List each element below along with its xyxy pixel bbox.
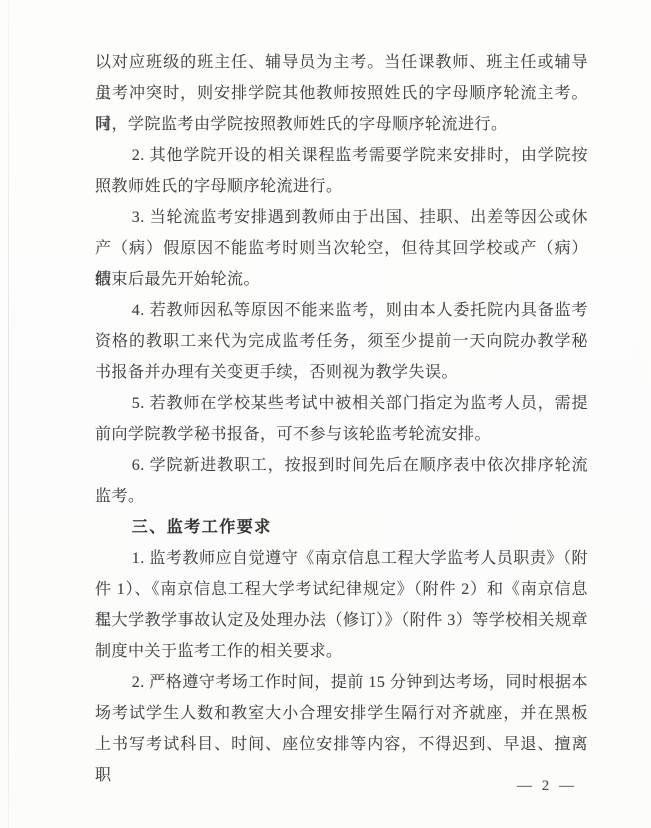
document-page: 以对应班级的班主任、辅导员为主考。当任课教师、班主任或辅导员 主考冲突时，则安排… bbox=[0, 0, 651, 828]
document-text-line: 主考冲突时，则安排学院其他教师按照姓氏的字母顺序轮流主考。同 bbox=[95, 78, 588, 109]
page-number: — 2 — bbox=[517, 771, 577, 802]
document-text-line: 场考试学生人数和教室大小合理安排学生隔行对齐就座，并在黑板 bbox=[95, 698, 588, 729]
document-text-line: 6. 学院新进教职工，按报到时间先后在顺序表中依次排序轮流 bbox=[95, 450, 588, 481]
document-text-line: 上书写考试科目、时间、座位安排等内容，不得迟到、早退、擅离职 bbox=[95, 729, 588, 760]
document-text-line: 2. 其他学院开设的相关课程监考需要学院来安排时，由学院按 bbox=[95, 140, 588, 171]
document-text-line: 以对应班级的班主任、辅导员为主考。当任课教师、班主任或辅导员 bbox=[95, 47, 588, 78]
document-text-line: 结束后最先开始轮流。 bbox=[95, 264, 588, 295]
document-text-line: 时，学院监考由学院按照教师姓氏的字母顺序轮流进行。 bbox=[95, 109, 588, 140]
document-text-line: 2. 严格遵守考场工作时间，提前 15 分钟到达考场，同时根据本 bbox=[95, 667, 588, 698]
document-text-line: 监考。 bbox=[95, 481, 588, 512]
document-text-line: 3. 当轮流监考安排遇到教师由于出国、挂职、出差等因公或休 bbox=[95, 202, 588, 233]
document-text-line: 程大学教学事故认定及处理办法（修订）》（附件 3）等学校相关规章 bbox=[95, 605, 588, 636]
document-text-line: 5. 若教师在学校某些考试中被相关部门指定为监考人员，需提 bbox=[95, 388, 588, 419]
document-text-line: 前向学院教学秘书报备，可不参与该轮监考轮流安排。 bbox=[95, 419, 588, 450]
document-text-line: 产（病）假原因不能监考时则当次轮空，但待其回学校或产（病）假 bbox=[95, 233, 588, 264]
document-text-line: 资格的教职工来代为完成监考任务，须至少提前一天向院办教学秘 bbox=[95, 326, 588, 357]
document-text-line: 件 1）、《南京信息工程大学考试纪律规定》（附件 2）和《南京信息工 bbox=[95, 574, 588, 605]
section-heading-invigilation-requirements: 三、监考工作要求 bbox=[95, 512, 588, 543]
document-text-line: 书报备并办理有关变更手续，否则视为教学失误。 bbox=[95, 357, 588, 388]
document-body: 以对应班级的班主任、辅导员为主考。当任课教师、班主任或辅导员 主考冲突时，则安排… bbox=[95, 47, 588, 760]
document-text-line: 4. 若教师因私等原因不能来监考，则由本人委托院内具备监考 bbox=[95, 295, 588, 326]
scan-edge-artifact bbox=[8, 0, 9, 828]
document-text-line: 制度中关于监考工作的相关要求。 bbox=[95, 636, 588, 667]
document-text-line: 1. 监考教师应自觉遵守《南京信息工程大学监考人员职责》（附 bbox=[95, 543, 588, 574]
document-text-line: 照教师姓氏的字母顺序轮流进行。 bbox=[95, 171, 588, 202]
